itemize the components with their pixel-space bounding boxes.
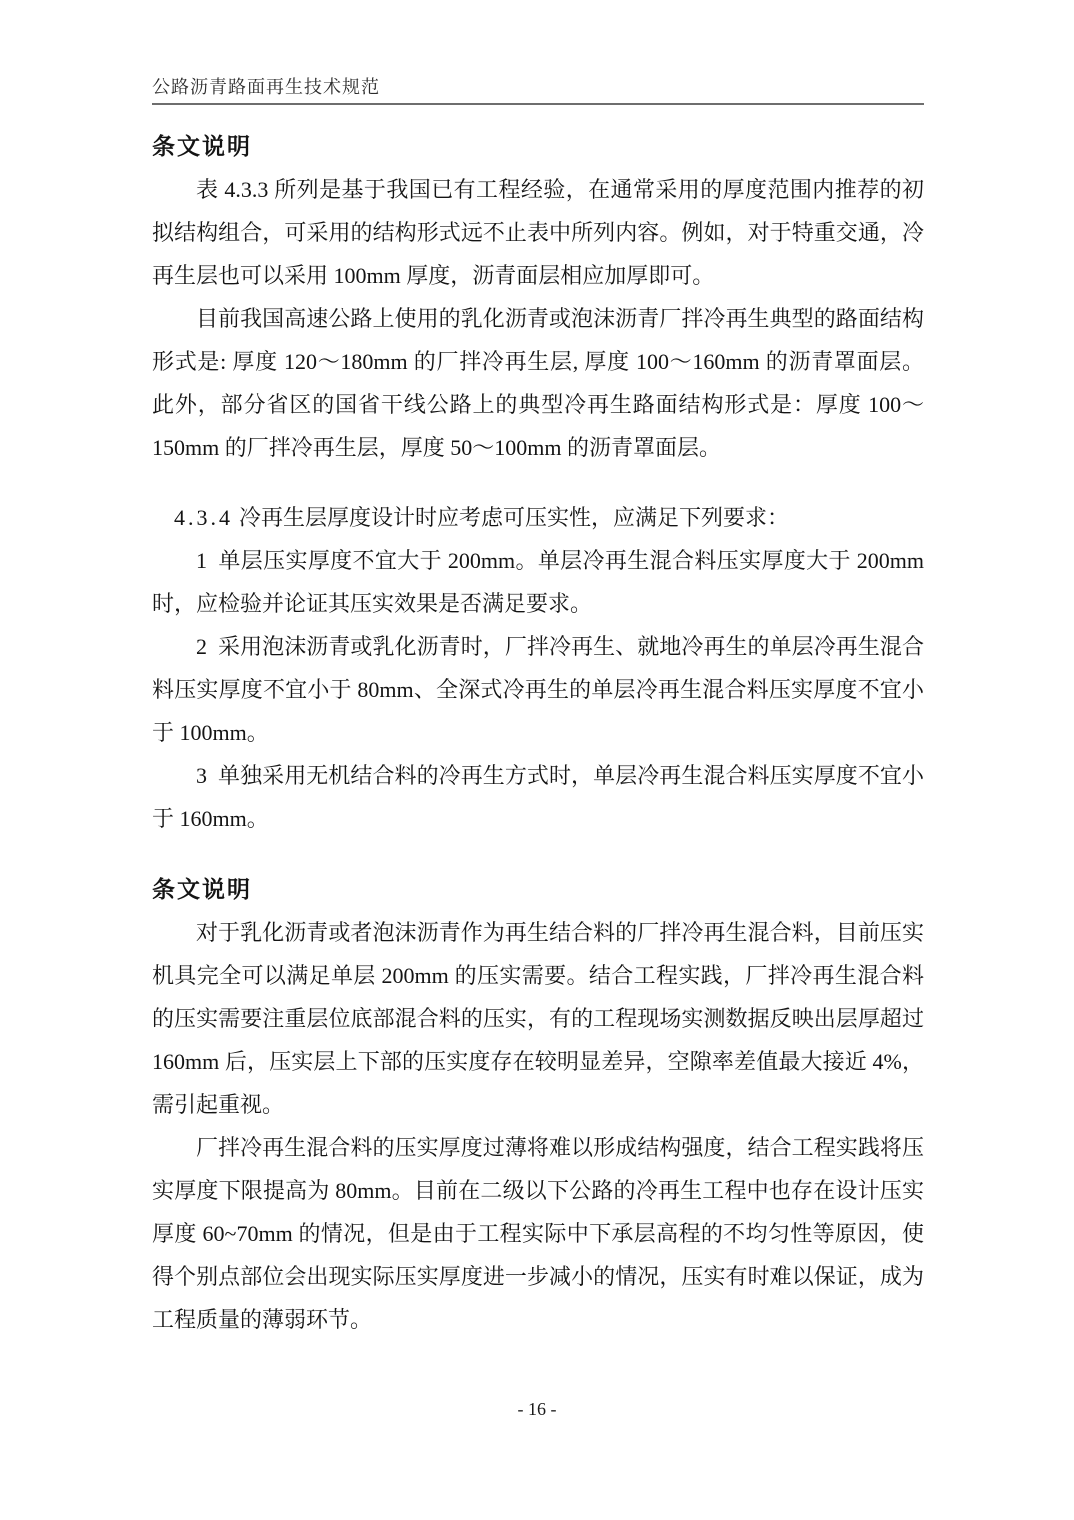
- clause-item-2-text: 采用泡沫沥青或乳化沥青时，厂拌冷再生、就地冷再生的单层冷再生混合料压实厚度不宜小…: [152, 634, 924, 745]
- clause-item-1-text: 单层压实厚度不宜大于 200mm。单层冷再生混合料压实厚度大于 200mm 时，…: [152, 548, 924, 616]
- clause-item-3: 3单独采用无机结合料的冷再生方式时，单层冷再生混合料压实厚度不宜小于 160mm…: [152, 754, 924, 840]
- clause-4-3-4-heading: 4.3.4冷再生层厚度设计时应考虑可压实性，应满足下列要求：: [152, 496, 924, 539]
- page-content: 条文说明 表 4.3.3 所列是基于我国已有工程经验，在通常采用的厚度范围内推荐…: [0, 125, 1074, 1341]
- notes1-paragraph-2: 目前我国高速公路上使用的乳化沥青或泡沫沥青厂拌冷再生典型的路面结构形式是: 厚度…: [152, 297, 924, 469]
- clause-title: 冷再生层厚度设计时应考虑可压实性，应满足下列要求：: [239, 505, 789, 530]
- notes-heading-2: 条文说明: [152, 868, 924, 911]
- page-header: 公路沥青路面再生技术规范: [0, 0, 1074, 105]
- clause-item-2-number: 2: [196, 634, 207, 659]
- notes1-paragraph-1: 表 4.3.3 所列是基于我国已有工程经验，在通常采用的厚度范围内推荐的初拟结构…: [152, 168, 924, 297]
- clause-item-3-number: 3: [196, 763, 207, 788]
- notes2-paragraph-1: 对于乳化沥青或者泡沫沥青作为再生结合料的厂拌冷再生混合料，目前压实机具完全可以满…: [152, 911, 924, 1126]
- header-rule: [152, 103, 924, 105]
- notes2-paragraph-2: 厂拌冷再生混合料的压实厚度过薄将难以形成结构强度，结合工程实践将压实厚度下限提高…: [152, 1126, 924, 1341]
- clause-item-1: 1单层压实厚度不宜大于 200mm。单层冷再生混合料压实厚度大于 200mm 时…: [152, 539, 924, 625]
- document-page: 公路沥青路面再生技术规范 条文说明 表 4.3.3 所列是基于我国已有工程经验，…: [0, 0, 1074, 1520]
- clause-item-3-text: 单独采用无机结合料的冷再生方式时，单层冷再生混合料压实厚度不宜小于 160mm。: [152, 763, 924, 831]
- page-number: - 16 -: [0, 1398, 1074, 1420]
- clause-item-1-number: 1: [196, 548, 207, 573]
- clause-item-2: 2采用泡沫沥青或乳化沥青时，厂拌冷再生、就地冷再生的单层冷再生混合料压实厚度不宜…: [152, 625, 924, 754]
- notes-heading-1: 条文说明: [152, 125, 924, 168]
- clause-number: 4.3.4: [174, 505, 233, 530]
- header-title: 公路沥青路面再生技术规范: [152, 76, 924, 98]
